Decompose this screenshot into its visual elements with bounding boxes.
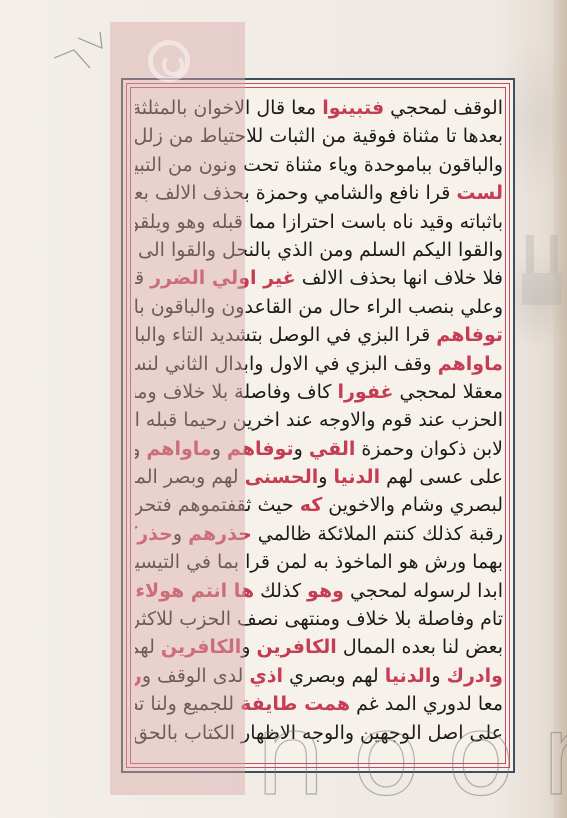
manuscript-line: والباقون بباموحدة وياء مثناة تحت ونون من… — [135, 151, 503, 179]
text-segment: بعض لنا بعده الممال — [337, 636, 503, 658]
text-segment: والقوا اليكم السلم ومن الذي بالنحل والقو… — [135, 239, 503, 261]
manuscript-line: رقبة كذلك كنتم الملائكة ظالمي حذرهم وحذر… — [135, 520, 503, 548]
rubric-word: كه — [300, 494, 323, 516]
manuscript-line: وعلي بنصب الراء حال من القاعدون والباقون… — [135, 293, 503, 321]
pencil-page-number-mark — [52, 20, 162, 90]
rubric-word: ها انتم هولاء — [135, 580, 254, 602]
text-segment: بعدها تا مثناة فوقية من الثبات للاحتياط … — [135, 125, 503, 147]
manuscript-line: معقلا لمحجي غفورا كاف وفاصلة بلا خلاف وم… — [135, 378, 503, 406]
rubric-word: غفورا — [337, 381, 393, 403]
text-segment: فلا خلاف انها بحذف الالف — [296, 267, 503, 289]
rubric-word: توفاهم — [227, 438, 294, 460]
text-segment: حيث ثقفتموهم فتحرير رقبة معا وتحرير — [135, 494, 300, 516]
rubric-word: فتبينوا — [322, 97, 384, 119]
text-segment: الوقف لمحجي — [384, 97, 503, 119]
text-segment: باثباته وقيد ناه باست احترازا مما قبله و… — [135, 211, 503, 233]
text-frame: الوقف لمحجي فتبينوا معا قال الاخوان بالم… — [121, 78, 515, 773]
text-segment: وقف البزي في الاول وابدال الثاني لنسخ حك… — [135, 353, 438, 375]
text-segment: لهم وبصر المد غم — [135, 466, 245, 488]
text-segment: بهما ورش هو الماخوذ به لمن قرا بما في ال… — [135, 551, 503, 573]
rubric-word: رضي — [135, 665, 142, 687]
rubric-word: الكافرين — [256, 636, 336, 658]
text-segment: و — [318, 466, 333, 488]
manuscript-line: لبصري وشام والاخوين كه حيث ثقفتموهم فتحر… — [135, 491, 503, 519]
rubric-word: توفاهم — [436, 324, 503, 346]
text-segment: قرا نافع والشامي وحمزة بحذف الالف بعد ال… — [135, 182, 456, 204]
text-segment: وعلي بنصب الراء حال من القاعدون والباقون… — [135, 296, 503, 318]
text-segment: و — [173, 523, 188, 545]
text-segment: تام وفاصلة بلا خلاف ومنتهى نصف الحزب للا… — [135, 608, 503, 630]
rubric-word: حذركم — [135, 523, 173, 545]
text-segment: لهما ودوري — [135, 636, 161, 658]
manuscript-line: بهما ورش هو الماخوذ به لمن قرا بما في ال… — [135, 548, 503, 576]
text-segment: لهم وبصري — [283, 665, 385, 687]
text-segment: و — [294, 438, 309, 460]
manuscript-text-block: الوقف لمحجي فتبينوا معا قال الاخوان بالم… — [135, 94, 503, 761]
text-segment: و — [212, 438, 227, 460]
manuscript-line: على عسى لهم الدنيا والحسنى لهم وبصر المد… — [135, 463, 503, 491]
manuscript-line: باثباته وقيد ناه باست احترازا مما قبله و… — [135, 208, 503, 236]
manuscript-line: بعض لنا بعده الممال الكافرين والكافرين ل… — [135, 633, 503, 661]
manuscript-line: تام وفاصلة بلا خلاف ومنتهى نصف الحزب للا… — [135, 605, 503, 633]
rubric-word: اذي — [249, 665, 283, 687]
text-segment: قرا نافع والشامي — [135, 267, 150, 289]
text-segment: رقبة كذلك كنتم الملائكة ظالمي — [252, 523, 503, 545]
rubric-word: الكافرين — [161, 636, 241, 658]
manuscript-line: الوقف لمحجي فتبينوا معا قال الاخوان بالم… — [135, 94, 503, 122]
rubric-word: لست — [456, 182, 503, 204]
rubric-word: القي — [309, 438, 356, 460]
text-segment: للجميع ولنا تطايفة — [135, 693, 240, 715]
text-segment: كاف وفاصلة بلا خلاف ومنتهى ربع — [135, 381, 337, 403]
noor-logo-icon — [148, 40, 190, 82]
manuscript-line: ابدا لرسوله لمحجي وهو كذلك ها انتم هولاء… — [135, 577, 503, 605]
rubric-word: الدنيا — [385, 665, 432, 687]
rubric-word: ماواهم — [438, 353, 503, 375]
rubric-word: غير اولي الضرر — [150, 267, 296, 289]
text-segment: و — [241, 636, 256, 658]
manuscript-line: الحزب عند قوم والاوجه عند اخرين رحيما قب… — [135, 406, 503, 434]
text-segment: على عسى لهم — [380, 466, 503, 488]
text-segment: قرا البزي في الوصل بتشديد التاء والباقون… — [135, 324, 436, 346]
rubric-word: ماواهم — [146, 438, 211, 460]
text-segment: معا قال الاخوان بالمثلثة بعدها باموحدة — [135, 97, 322, 119]
rubric-word: حذرهم — [188, 523, 252, 545]
text-segment: لابن ذكوان وحمزة — [355, 438, 503, 460]
text-segment: لدى الوقف و — [142, 665, 250, 687]
manuscript-line: توفاهم قرا البزي في الوصل بتشديد التاء و… — [135, 321, 503, 349]
rubric-word: وهو — [307, 580, 344, 602]
manuscript-line: وادرك والدنيا لهم وبصري اذي لدى الوقف ور… — [135, 662, 503, 690]
text-segment: والباقون بباموحدة وياء مثناة تحت ونون من… — [135, 154, 503, 176]
manuscript-line: بعدها تا مثناة فوقية من الثبات للاحتياط … — [135, 122, 503, 150]
building-base-shape — [522, 273, 562, 305]
manuscript-line: والقوا اليكم السلم ومن الذي بالنحل والقو… — [135, 236, 503, 264]
text-segment: و — [431, 665, 446, 687]
watermark-text: noor — [255, 700, 567, 812]
text-segment: و — [135, 438, 146, 460]
manuscript-line: ماواهم وقف البزي في الاول وابدال الثاني … — [135, 350, 503, 378]
manuscript-line: لست قرا نافع والشامي وحمزة بحذف الالف بع… — [135, 179, 503, 207]
text-segment: ابدا لرسوله لمحجي — [344, 580, 503, 602]
rubric-word: الدنيا — [333, 466, 380, 488]
text-segment: لبصري وشام والاخوين — [322, 494, 503, 516]
rubric-word: وادرك — [447, 665, 503, 687]
text-segment: معقلا لمحجي — [393, 381, 503, 403]
manuscript-line: لابن ذكوان وحمزة القي وتوفاهم وماواهم وع… — [135, 435, 503, 463]
rubric-word: الحسنى — [245, 466, 319, 488]
text-segment: كذلك — [254, 580, 307, 602]
text-segment: الحزب عند قوم والاوجه عند اخرين رحيما قب… — [135, 409, 503, 431]
background-architecture-motif — [522, 225, 562, 305]
manuscript-line: فلا خلاف انها بحذف الالف غير اولي الضرر … — [135, 264, 503, 292]
